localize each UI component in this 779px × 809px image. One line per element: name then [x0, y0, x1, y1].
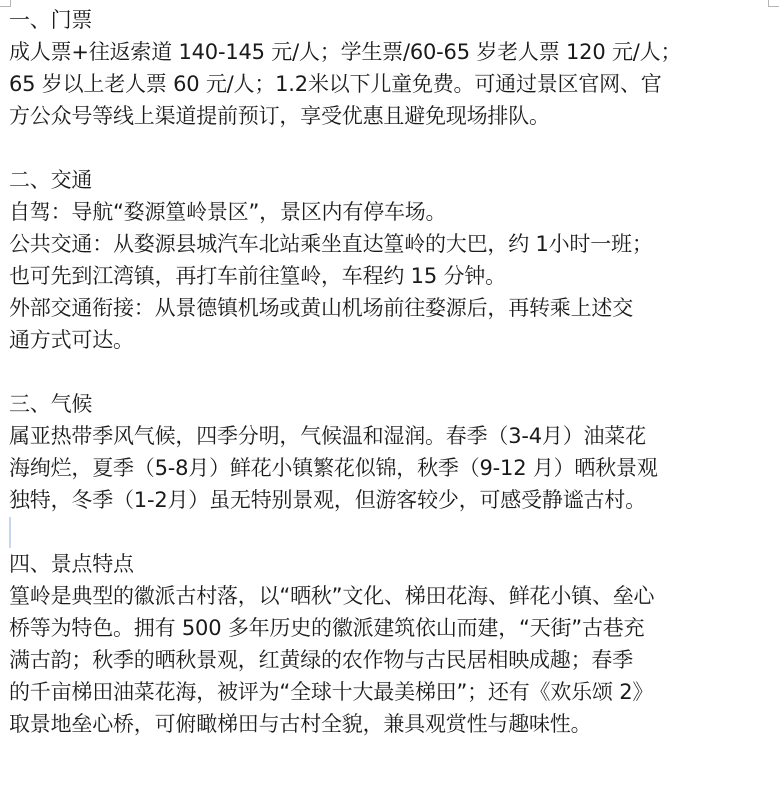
document-body[interactable]: 一、门票 成人票+往返索道 140-145 元/人；学生票/60-65 岁老人票… — [9, 4, 779, 740]
section-attractions: 四、景点特点 篁岭是典型的徽派古村落，以“晒秋”文化、梯田花海、鲜花小镇、垒心 … — [9, 548, 779, 740]
paragraph-line: 的千亩梯田油菜花海，被评为“全球十大最美梯田”；还有《欢乐颂 2》 — [9, 676, 779, 708]
paragraph-line: 桥等为特色。拥有 500 多年历史的徽派建筑依山而建，“天街”古巷充 — [9, 612, 779, 644]
paragraph-line: 65 岁以上老人票 60 元/人；1.2米以下儿童免费。可通过景区官网、官 — [9, 68, 779, 100]
paragraph-line: 自驾：导航“婺源篁岭景区”，景区内有停车场。 — [9, 196, 779, 228]
section-transport: 二、交通 自驾：导航“婺源篁岭景区”，景区内有停车场。 公共交通：从婺源县城汽车… — [9, 164, 779, 356]
paragraph-line: 取景地垒心桥，可俯瞰梯田与古村全貌，兼具观赏性与趣味性。 — [9, 708, 779, 740]
paragraph-line: 公共交通：从婺源县城汽车北站乘坐直达篁岭的大巴，约 1小时一班； — [9, 228, 779, 260]
paragraph-line: 满古韵；秋季的晒秋景观，红黄绿的农作物与古民居相映成趣；春季 — [9, 644, 779, 676]
paragraph-line: 属亚热带季风气候，四季分明，气候温和湿润。春季（3-4月）油菜花 — [9, 420, 779, 452]
paragraph-line: 海绚烂，夏季（5-8月）鲜花小镇繁花似锦，秋季（9-12 月）晒秋景观 — [9, 452, 779, 484]
section-tickets: 一、门票 成人票+往返索道 140-145 元/人；学生票/60-65 岁老人票… — [9, 4, 779, 132]
paragraph-line: 篁岭是典型的徽派古村落，以“晒秋”文化、梯田花海、鲜花小镇、垒心 — [9, 580, 779, 612]
paragraph-line: 独特，冬季（1-2月）虽无特别景观，但游客较少，可感受静谧古村。 — [9, 484, 779, 516]
section-heading: 四、景点特点 — [9, 548, 779, 580]
section-heading: 三、气候 — [9, 388, 779, 420]
empty-line-with-caret[interactable] — [9, 516, 779, 548]
section-climate: 三、气候 属亚热带季风气候，四季分明，气候温和湿润。春季（3-4月）油菜花 海绚… — [9, 388, 779, 548]
paragraph-line: 方公众号等线上渠道提前预订，享受优惠且避免现场排队。 — [9, 100, 779, 132]
section-heading: 一、门票 — [9, 4, 779, 36]
section-heading: 二、交通 — [9, 164, 779, 196]
text-caret — [9, 517, 11, 548]
paragraph-line: 外部交通衔接：从景德镇机场或黄山机场前往婺源后，再转乘上述交 — [9, 292, 779, 324]
paragraph-line: 成人票+往返索道 140-145 元/人；学生票/60-65 岁老人票 120 … — [9, 36, 779, 68]
paragraph-line: 通方式可达。 — [9, 324, 779, 356]
paragraph-line: 也可先到江湾镇，再打车前往篁岭，车程约 15 分钟。 — [9, 260, 779, 292]
